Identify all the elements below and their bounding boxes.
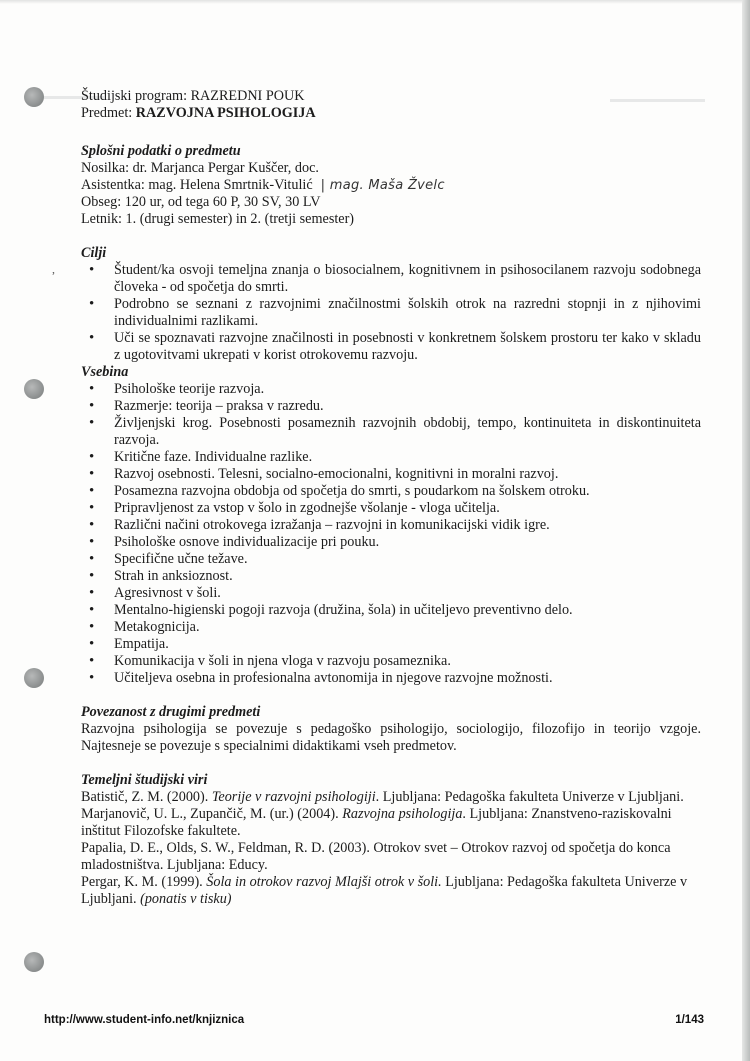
lecturer: Nosilka: dr. Marjanca Pergar Kuščer, doc…	[81, 160, 701, 177]
section-title-relations: Povezanost z drugimi predmeti	[81, 704, 701, 721]
study-program: Študijski program: RAZREDNI POUK	[81, 88, 701, 105]
content-item: Življenjski krog. Posebnosti posameznih …	[81, 415, 701, 449]
reference-authors: Marjanovič, U. L., Zupančič, M. (ur.) (2…	[81, 806, 342, 822]
content-item: Psihološke teorije razvoja.	[81, 381, 701, 398]
goal-item: Uči se spoznavati razvojne značilnosti i…	[81, 330, 701, 364]
reference-authors: Batistič, Z. M. (2000).	[81, 789, 212, 805]
reference-note: (ponatis v tisku)	[140, 891, 231, 907]
handwritten-note: | mag. Maša Žvelc	[321, 178, 445, 193]
study-program-label: Študijski program:	[81, 88, 191, 104]
reference-authors: Pergar, K. M. (1999).	[81, 874, 206, 890]
reference-title: Razvojna psihologija	[342, 806, 462, 822]
document-body: Študijski program: RAZREDNI POUK Predmet…	[81, 88, 701, 908]
content-item: Specifične učne težave.	[81, 551, 701, 568]
reference-authors: Papalia, D. E., Olds, S. W., Feldman, R.…	[81, 840, 671, 873]
relations-text: Razvojna psihologija se povezuje s pedag…	[81, 721, 701, 755]
content-item: Kritične faze. Individualne razlike.	[81, 449, 701, 466]
reference-title: Teorije v razvojni psihologiji	[212, 789, 376, 805]
assistant: Asistentka: mag. Helena Smrtnik-Vitulić|…	[81, 177, 701, 194]
content-item: Komunikacija v šoli in njena vloga v raz…	[81, 653, 701, 670]
content-item: Psihološke osnove individualizacije pri …	[81, 534, 701, 551]
assistant-text: Asistentka: mag. Helena Smrtnik-Vitulić	[81, 177, 313, 193]
content-item: Strah in anksioznost.	[81, 568, 701, 585]
subject-label: Predmet:	[81, 105, 136, 121]
scan-mark: ,	[52, 262, 55, 277]
goal-item: Podrobno se seznani z razvojnimi značiln…	[81, 296, 701, 330]
reference-title: Šola in otrokov razvoj Mlajši otrok v šo…	[206, 874, 441, 890]
content-item: Agresivnost v šoli.	[81, 585, 701, 602]
page-footer: http://www.student-info.net/knjiznica 1/…	[44, 1014, 704, 1026]
punch-hole	[24, 379, 44, 399]
footer-url[interactable]: http://www.student-info.net/knjiznica	[44, 1014, 244, 1026]
punch-hole	[24, 87, 44, 107]
sources-list: Batistič, Z. M. (2000). Teorije v razvoj…	[81, 789, 701, 908]
section-title-content: Vsebina	[81, 364, 701, 381]
reference-item: Papalia, D. E., Olds, S. W., Feldman, R.…	[81, 840, 701, 874]
content-list: Psihološke teorije razvoja.Razmerje: teo…	[81, 381, 701, 687]
reference-item: Pergar, K. M. (1999). Šola in otrokov ra…	[81, 874, 701, 908]
content-item: Posamezna razvojna obdobja od spočetja d…	[81, 483, 701, 500]
reference-publisher: . Ljubljana: Pedagoška fakulteta Univerz…	[376, 789, 684, 805]
reference-item: Marjanovič, U. L., Zupančič, M. (ur.) (2…	[81, 806, 701, 840]
subject-title: RAZVOJNA PSIHOLOGIJA	[136, 105, 316, 121]
scope: Obseg: 120 ur, od tega 60 P, 30 SV, 30 L…	[81, 194, 701, 211]
content-item: Mentalno-higienski pogoji razvoja (druži…	[81, 602, 701, 619]
content-item: Pripravljenost za vstop v šolo in zgodne…	[81, 500, 701, 517]
study-program-value: RAZREDNI POUK	[191, 88, 305, 104]
content-item: Metakognicija.	[81, 619, 701, 636]
content-item: Razvoj osebnosti. Telesni, socialno-emoc…	[81, 466, 701, 483]
section-title-goals: Cilji	[81, 245, 701, 262]
goal-item: Študent/ka osvoji temeljna znanja o bios…	[81, 262, 701, 296]
scan-top-edge	[0, 0, 742, 4]
content-item: Razmerje: teorija – praksa v razredu.	[81, 398, 701, 415]
content-item: Učiteljeva osebna in profesionalna avton…	[81, 670, 701, 687]
subject: Predmet: RAZVOJNA PSIHOLOGIJA	[81, 105, 701, 122]
goals-list: Študent/ka osvoji temeljna znanja o bios…	[81, 262, 701, 364]
reference-item: Batistič, Z. M. (2000). Teorije v razvoj…	[81, 789, 701, 806]
page-number: 1/143	[675, 1014, 704, 1026]
scan-right-edge	[742, 0, 750, 1061]
content-item: Različni načini otrokovega izražanja – r…	[81, 517, 701, 534]
punch-hole	[24, 952, 44, 972]
punch-hole	[24, 668, 44, 688]
section-title-general: Splošni podatki o predmetu	[81, 143, 701, 160]
section-title-sources: Temeljni študijski viri	[81, 772, 701, 789]
year: Letnik: 1. (drugi semester) in 2. (tretj…	[81, 211, 701, 228]
content-item: Empatija.	[81, 636, 701, 653]
